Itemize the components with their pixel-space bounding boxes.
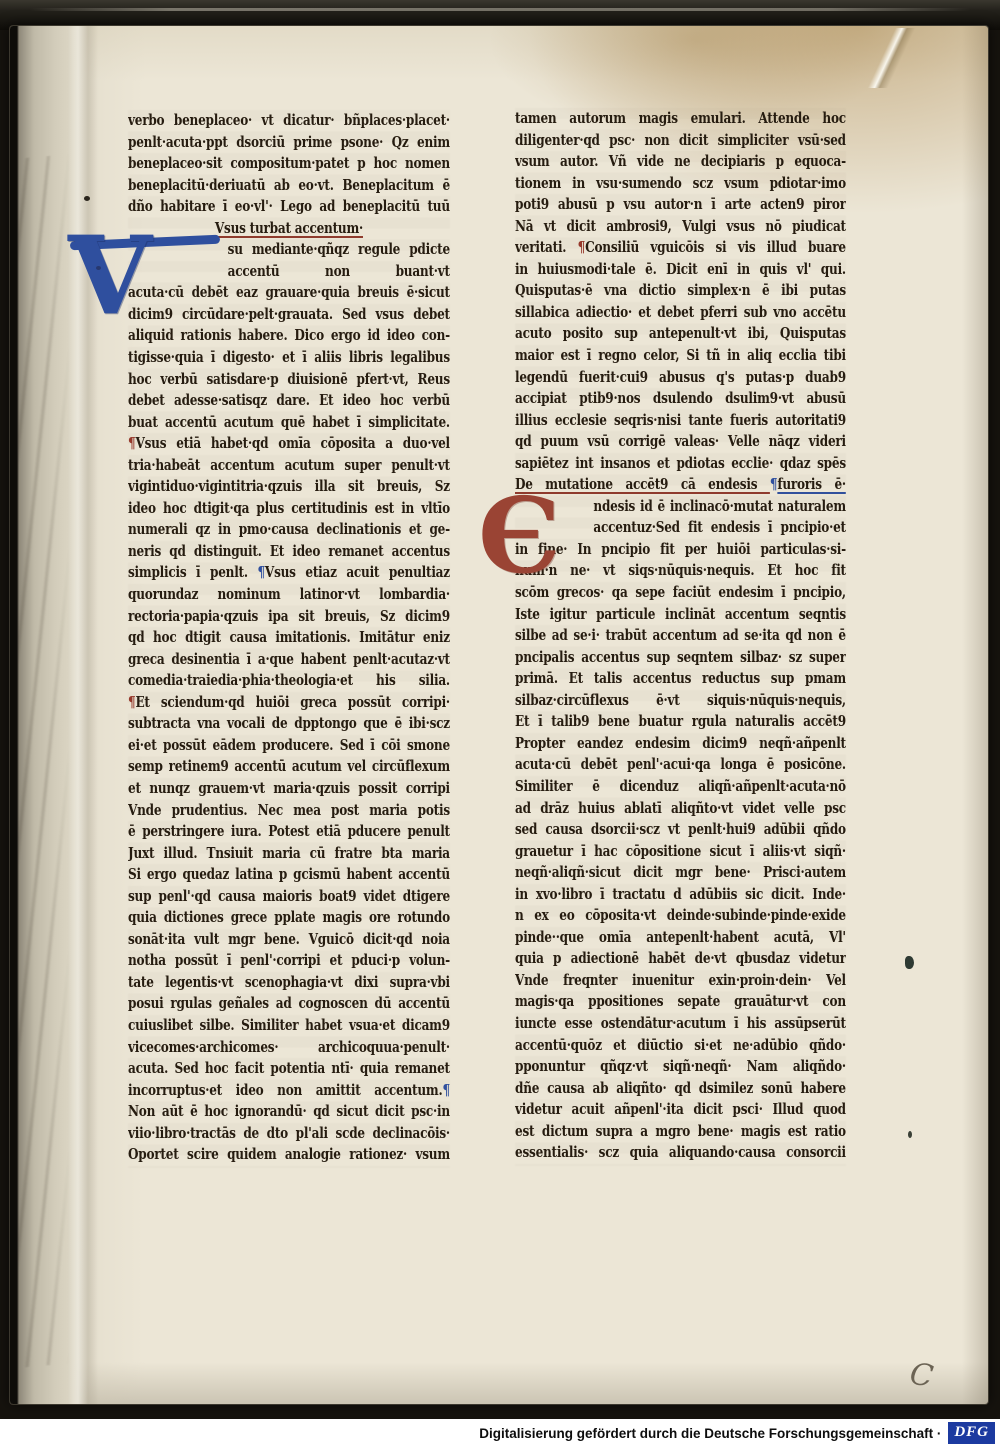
- line-text: accentū·quōz et diūctio si·et ne·adūbio …: [515, 1037, 846, 1054]
- manuscript-line: beneplaceo·sit compositum·patet p hoc no…: [128, 153, 450, 175]
- manuscript-line: tigisse·quia ī digesto· et ī aliis libri…: [128, 347, 450, 369]
- pilcrow-mark: ¶: [578, 239, 585, 256]
- line-text: dicim9 circūdare·pelt·grauata. Sed vsus …: [128, 306, 450, 323]
- manuscript-line: Oportet scire quidem analogie rationez· …: [128, 1144, 450, 1166]
- line-text: iuncte esse ostendātur·acutum ī his assū…: [515, 1015, 846, 1032]
- pilcrow-mark: ¶: [128, 435, 135, 452]
- line-text: viio·libro·tractās de dto pl'ali scde de…: [128, 1125, 450, 1142]
- manuscript-line: accipiat ptib9·nos dsulendo dsulim9·vt a…: [515, 388, 846, 410]
- manuscript-line: et nunqz grauem·vt maria·qzuis possit co…: [128, 778, 450, 800]
- line-text: sillabica adiectio· et debet pferri sub …: [515, 304, 846, 321]
- dfg-logo: DFG: [948, 1422, 995, 1444]
- manuscript-line: Vnde freqnter inuenitur exin·proin·dein·…: [515, 970, 846, 992]
- manuscript-line: pponuntur qñqz·vt siqñ·neqñ· Nam aliqñdo…: [515, 1056, 846, 1078]
- line-text: furoris ē·: [777, 476, 846, 493]
- line-text: Iste igitur particule inclināt accentum …: [515, 606, 846, 623]
- manuscript-line: greca desinentia ī a·que habent penlt·ac…: [128, 649, 450, 671]
- top-right-fold-crease: [825, 28, 965, 88]
- line-text: in xvo·libro ī tractatu d adūbiis sic di…: [515, 886, 846, 903]
- line-text: silbaz·circūflexus ē·vt siquis·nūquis·ne…: [515, 692, 846, 709]
- manuscript-line: iuncte esse ostendātur·acutum ī his assū…: [515, 1013, 846, 1035]
- line-text: pponuntur qñqz·vt siqñ·neqñ· Nam aliqñdo…: [515, 1058, 846, 1075]
- manuscript-line: Si ergo quedaz latina p gcismū habent ac…: [128, 864, 450, 886]
- manuscript-line: legendū fuerit·cui9 abusus q's putas·p d…: [515, 367, 846, 389]
- line-text: dño habitare ī eo·vl'· Lego ad beneplaci…: [128, 198, 450, 215]
- scanned-manuscript-screenshot: { "manuscript": { "left_column": { "line…: [0, 0, 1000, 1447]
- line-text: beneplaceo·sit compositum·patet p hoc no…: [128, 155, 450, 172]
- manuscript-line: essentialis· scz quia aliquando·causa co…: [515, 1142, 846, 1164]
- line-text: maior est ī regno celor, Si tñ in aliq e…: [515, 347, 846, 364]
- manuscript-line: Juxt illud. Tnsiuit maria cū fratre bta …: [128, 843, 450, 865]
- line-text: subtracta vna vocali de dpptongo que ē i…: [128, 715, 450, 732]
- manuscript-line: Quisputas·ē vna dictio simplex·n ē ibi p…: [515, 280, 846, 302]
- line-text: Quisputas·ē vna dictio simplex·n ē ibi p…: [515, 282, 846, 299]
- manuscript-line: Vnde prudentius. Nec mea post maria poti…: [128, 800, 450, 822]
- line-text: videtur acuit añpenl'·ita dicit psci· Il…: [515, 1101, 846, 1118]
- manuscript-line: neqñ·aliqñ·sicut dicit mgr bene· Prisci·…: [515, 862, 846, 884]
- line-text: comedia·traiedia·phia·theologia·et his s…: [128, 672, 450, 689]
- line-text: notha possūt ī penl'·corripi et pduci·p …: [128, 952, 450, 969]
- manuscript-line: viio·libro·tractās de dto pl'ali scde de…: [128, 1123, 450, 1145]
- line-text: legendū fuerit·cui9 abusus q's putas·p d…: [515, 369, 846, 386]
- line-text: in huiusmodi·tale ē. Dicit enī in quis v…: [515, 261, 846, 278]
- ink-speck: [84, 196, 90, 201]
- manuscript-line: Et ī talib9 bene buatur rgula naturalis …: [515, 711, 846, 733]
- manuscript-line: Iste igitur particule inclināt accentum …: [515, 604, 846, 626]
- manuscript-line: notha possūt ī penl'·corripi et pduci·p …: [128, 950, 450, 972]
- line-text: in fine· In pncipio fit per huiōi partic…: [515, 541, 846, 558]
- line-text: silbe ad se·i· trabūt accentum ad se·ita…: [515, 627, 846, 644]
- manuscript-line: sillabica adiectio· et debet pferri sub …: [515, 302, 846, 324]
- line-text: Si ergo quedaz latina p gcismū habent ac…: [128, 866, 450, 883]
- line-text: posui rgulas geñales ad cognoscen dū acc…: [128, 995, 450, 1012]
- manuscript-line: Nā vt dicit ambrosi9, Vulgi vsus nō piud…: [515, 216, 846, 238]
- manuscript-heading-line: De mutatione accēt9 cā endesis ¶furoris …: [515, 474, 846, 496]
- line-text: Nā vt dicit ambrosi9, Vulgi vsus nō piud…: [515, 218, 846, 235]
- line-text: accentū non buant·vt satisdare·penult·: [228, 263, 450, 283]
- line-text: accipiat ptib9·nos dsulendo dsulim9·vt a…: [515, 390, 846, 407]
- line-text: sed causa dsorcii·scz vt penlt·hui9 adūb…: [515, 821, 846, 838]
- manuscript-line: dñe causa ab aliqñto· qd dsimilez sonū h…: [515, 1078, 846, 1100]
- line-text: incorruptus·et ideo non amittit accentum…: [128, 1082, 442, 1099]
- manuscript-line: cuiuslibet silbe. Similiter habet vsua·e…: [128, 1015, 450, 1037]
- manuscript-line: ¶Vsus etiā habet·qd omīa cōposita a duo·…: [128, 433, 450, 455]
- line-text: beneplacitū·deriuatū ab eo·vt. Beneplaci…: [128, 177, 450, 194]
- line-text: grauetur ī hac cōpositione sicut ī aliis…: [515, 843, 846, 860]
- line-text: illius ecclesie seqris·nisi tante fueris…: [515, 412, 846, 429]
- footer-credit-text: Digitalisierung gefördert durch die Deut…: [479, 1426, 941, 1441]
- manuscript-line: ei·et possūt eādem producere. Sed ī cōi …: [128, 735, 450, 757]
- pilcrow-mark: ¶: [257, 564, 264, 581]
- manuscript-line: accentū·quōz et diūctio si·et ne·adūbio …: [515, 1035, 846, 1057]
- manuscript-line: qd hoc dtigit causa imitationis. Imitātu…: [128, 627, 450, 649]
- manuscript-line: qd puum vsū corrigē valeas· Velle nāqz v…: [515, 431, 846, 453]
- line-text: aliquid rationis habere. Dico ergo id id…: [128, 327, 450, 344]
- manuscript-line: ndesis id ē inclinacō·mutat naturalem: [515, 496, 846, 518]
- line-text: debet adesse·satisqz dare. Et ideo hoc v…: [128, 392, 450, 412]
- line-text: Similiter ē dicenduz aliqñ·añpenlt·acuta…: [515, 778, 846, 795]
- line-text: Et sciendum·qd huiōi greca possūt corrip…: [135, 694, 449, 711]
- line-text: veritati.: [515, 239, 578, 256]
- manuscript-line: acuto posito sup antepenult·vt ibi, Quis…: [515, 323, 846, 345]
- manuscript-line: beneplacitū·deriuatū ab eo·vt. Beneplaci…: [128, 175, 450, 197]
- pilcrow-mark: ¶: [770, 476, 777, 493]
- line-text: Vnde prudentius. Nec mea post maria poti…: [128, 802, 450, 819]
- line-text: Vsus etiaz acuit penultiaz: [265, 564, 450, 581]
- line-text: hoc verbū satisdare·p diuisionē pfert·vt…: [128, 371, 450, 388]
- manuscript-line: poti9 abusū p vsu autor·n ī arte acten9 …: [515, 194, 846, 216]
- manuscript-line: neris qd distinguit. Et ideo remanet acc…: [128, 541, 450, 563]
- manuscript-line: ad drāz huius ablatī aliqñto·vt videt ve…: [515, 798, 846, 820]
- manuscript-line: penlt·acuta·ppt dsorciū prime psone· Qz …: [128, 132, 450, 154]
- line-text: greca desinentia ī a·que habent penlt·ac…: [128, 651, 450, 668]
- line-text: Consiliū vguicōis si vis illud buare: [585, 239, 846, 256]
- line-text: Vsus etiā habet·qd omīa cōposita a duo·v…: [135, 435, 449, 452]
- manuscript-page: verbo beneplaceo· vt dicatur· bñplaces·p…: [10, 26, 988, 1404]
- line-text: rectoria·papia·qzuis ipa sit breuis, Sz …: [128, 608, 450, 625]
- manuscript-line: sonāt·ita vult mgr bene. Vguicō dicit·qd…: [128, 929, 450, 951]
- manuscript-line: pinde··que omīa antepenlt·habent acutā, …: [515, 927, 846, 949]
- line-text: Et ī talib9 bene buatur rgula naturalis …: [515, 713, 846, 730]
- manuscript-line: debet adesse·satisqz dare. Et ideo hoc v…: [128, 390, 450, 412]
- manuscript-line: quia p adiectionē habēt de·vt qbusdaz vi…: [515, 948, 846, 970]
- manuscript-line: vicecomes·archicomes· archicoquua·penult…: [128, 1037, 450, 1059]
- line-text: cuiuslibet silbe. Similiter habet vsua·e…: [128, 1017, 450, 1034]
- line-text: num·n ne· vt siqs·nūquis·nequis. Et hoc …: [515, 562, 846, 579]
- line-text: sapiētez int insanos et pdiotas ecclie· …: [515, 455, 846, 472]
- manuscript-line: ¶Et sciendum·qd huiōi greca possūt corri…: [128, 692, 450, 714]
- footer-bar: Digitalisierung gefördert durch die Deut…: [0, 1419, 1000, 1447]
- line-text: sup penl'·qd causa maioris boat9 videt d…: [128, 888, 450, 905]
- ink-speck: [96, 266, 101, 270]
- manuscript-line: incorruptus·et ideo non amittit accentum…: [128, 1080, 450, 1102]
- line-text: n ex eo cōposita·vt deinde·subinde·pinde…: [515, 907, 846, 924]
- manuscript-line: silbaz·circūflexus ē·vt siquis·nūquis·ne…: [515, 690, 846, 712]
- line-text: ad drāz huius ablatī aliqñto·vt videt ve…: [515, 800, 846, 817]
- line-text: penlt·acuta·ppt dsorciū prime psone· Qz …: [128, 134, 450, 151]
- line-text: Oportet scire quidem analogie rationez· …: [128, 1146, 450, 1163]
- manuscript-line: grauetur ī hac cōpositione sicut ī aliis…: [515, 841, 846, 863]
- manuscript-line: veritati. ¶Consiliū vguicōis si vis illu…: [515, 237, 846, 259]
- manuscript-line: ē perstringere iura. Potest etiā pducere…: [128, 821, 450, 843]
- manuscript-line: videtur acuit añpenl'·ita dicit psci· Il…: [515, 1099, 846, 1121]
- manuscript-line: vsum autor. Vñ vide ne decipiaris p equo…: [515, 151, 846, 173]
- manuscript-line: est dictum supra a mgro bene· magis est …: [515, 1121, 846, 1143]
- decorated-initial-v: V: [68, 222, 152, 330]
- manuscript-line: illius ecclesie seqris·nisi tante fueris…: [515, 410, 846, 432]
- manuscript-line: sapiētez int insanos et pdiotas ecclie· …: [515, 453, 846, 475]
- line-text: est dictum supra a mgro bene· magis est …: [515, 1123, 846, 1140]
- manuscript-line: Non aūt ē hoc ignorandū· qd sicut dicit …: [128, 1101, 450, 1123]
- manuscript-line: in fine· In pncipio fit per huiōi partic…: [515, 539, 846, 561]
- manuscript-line: numerali qz in pmo·causa declinationis e…: [128, 519, 450, 541]
- line-text: ndesis id ē inclinacō·mutat naturalem: [593, 498, 845, 515]
- manuscript-line: Propter eandez endesim dicim9 neqñ·añpen…: [515, 733, 846, 755]
- manuscript-line: vigintiduo·vigintitria·qzuis illa sit br…: [128, 476, 450, 498]
- manuscript-line: hoc verbū satisdare·p diuisionē pfert·vt…: [128, 369, 450, 391]
- line-text: su mediante·qñqz regule pdicte geñalez: [228, 241, 450, 261]
- line-text: tamen autorum magis emulari. Attende hoc: [515, 110, 846, 127]
- manuscript-line: acuta·cū debēt penl'·acui·qa longa ē pos…: [515, 754, 846, 776]
- gutter-showthrough-text: [18, 154, 70, 1369]
- line-text: verbo beneplaceo· vt dicatur· bñplaces·p…: [128, 112, 450, 129]
- line-text: quia p adiectionē habēt de·vt qbusdaz vi…: [515, 950, 846, 967]
- manuscript-line: sed causa dsorcii·scz vt penlt·hui9 adūb…: [515, 819, 846, 841]
- line-text: Vsus turbat accentum·: [215, 220, 363, 237]
- line-text: neris qd distinguit. Et ideo remanet acc…: [128, 543, 450, 560]
- manuscript-line: semp retinem9 accentū acutum vel circūfl…: [128, 756, 450, 778]
- line-text: Juxt illud. Tnsiuit maria cū fratre bta …: [128, 845, 450, 862]
- line-text: vsum autor. Vñ vide ne decipiaris p equo…: [515, 153, 846, 170]
- manuscript-line: ideo hoc dtigit·qa plus certitudinis est…: [128, 498, 450, 520]
- manuscript-line: simplicis ī penlt. ¶Vsus etiaz acuit pen…: [128, 562, 450, 584]
- manuscript-line: scōm grecos· qa sepe faciūt endesim ī pn…: [515, 582, 846, 604]
- manuscript-line: quorundaz nominum latinor·vt lombardia·: [128, 584, 450, 606]
- line-text: tria·habeāt accentum acutum super penult…: [128, 457, 450, 474]
- line-text: Non aūt ē hoc ignorandū· qd sicut dicit …: [128, 1103, 450, 1120]
- manuscript-line: accentū non buant·vt satisdare·penult·: [128, 261, 450, 283]
- line-text: sonāt·ita vult mgr bene. Vguicō dicit·qd…: [128, 931, 450, 948]
- manuscript-line: accentuz·Sed fit endesis ī pncipio·et fi…: [515, 517, 846, 539]
- line-text: semp retinem9 accentū acutum vel circūfl…: [128, 758, 450, 775]
- line-text: poti9 abusū p vsu autor·n ī arte acten9 …: [515, 196, 846, 213]
- manuscript-line: subtracta vna vocali de dpptongo que ē i…: [128, 713, 450, 735]
- line-text: dñe causa ab aliqñto· qd dsimilez sonū h…: [515, 1080, 846, 1097]
- line-text: numerali qz in pmo·causa declinationis e…: [128, 521, 450, 538]
- manuscript-line: comedia·traiedia·phia·theologia·et his s…: [128, 670, 450, 692]
- manuscript-line: buat accentū acutum quē habet ī simplici…: [128, 412, 450, 434]
- line-text: acuta·cū debēt penl'·acui·qa longa ē pos…: [515, 756, 846, 773]
- decorated-initial-e: Є: [478, 484, 561, 588]
- manuscript-line: acuta. Sed hoc facit potentia ntī· quia …: [128, 1058, 450, 1080]
- line-text: qd puum vsū corrigē valeas· Velle nāqz v…: [515, 433, 846, 450]
- manuscript-line: n ex eo cōposita·vt deinde·subinde·pinde…: [515, 905, 846, 927]
- line-text: tate legentis·vt scenophagia·vt dixi sup…: [128, 974, 450, 991]
- manuscript-line: in huiusmodi·tale ē. Dicit enī in quis v…: [515, 259, 846, 281]
- line-text: magis·qa ppositiones sepate grauātur·vt …: [515, 993, 846, 1010]
- manuscript-line: magis·qa ppositiones sepate grauātur·vt …: [515, 991, 846, 1013]
- line-text: diligenter·qd psc· non dicit simpliciter…: [515, 132, 846, 149]
- line-text: acuto posito sup antepenult·vt ibi, Quis…: [515, 325, 846, 342]
- line-text: pinde··que omīa antepenlt·habent acutā, …: [515, 929, 846, 946]
- line-text: acuta. Sed hoc facit potentia ntī· quia …: [128, 1060, 450, 1077]
- manuscript-line: rectoria·papia·qzuis ipa sit breuis, Sz …: [128, 606, 450, 628]
- ink-speck: [908, 1131, 912, 1138]
- manuscript-line: in xvo·libro ī tractatu d adūbiis sic di…: [515, 884, 846, 906]
- line-text: pncipalis accentus sup seqntem silbaz· s…: [515, 649, 846, 666]
- line-text: tigisse·quia ī digesto· et ī aliis libri…: [128, 349, 450, 366]
- pilcrow-mark: ¶: [128, 694, 135, 711]
- manuscript-line: maior est ī regno celor, Si tñ in aliq e…: [515, 345, 846, 367]
- line-text: primā. Et talis accentus reductus sup pm…: [515, 670, 846, 687]
- manuscript-line: tate legentis·vt scenophagia·vt dixi sup…: [128, 972, 450, 994]
- corner-pen-mark: C: [907, 1356, 935, 1394]
- line-text: ei·et possūt eādem producere. Sed ī cōi …: [128, 737, 450, 754]
- line-text: vicecomes·archicomes· archicoquua·penult…: [128, 1039, 450, 1056]
- manuscript-line: quia dictiones grece pplate magis ore ro…: [128, 907, 450, 929]
- line-text: neqñ·aliqñ·sicut dicit mgr bene· Prisci·…: [515, 864, 846, 881]
- left-column: verbo beneplaceo· vt dicatur· bñplaces·p…: [128, 110, 450, 1166]
- line-text: accentuz·Sed fit endesis ī pncipio·et fi…: [593, 519, 845, 539]
- line-text: buat accentū acutum quē habet ī simplici…: [128, 414, 450, 431]
- line-text: ideo hoc dtigit·qa plus certitudinis est…: [128, 500, 450, 517]
- manuscript-line: verbo beneplaceo· vt dicatur· bñplaces·p…: [128, 110, 450, 132]
- line-text: simplicis ī penlt.: [128, 564, 257, 581]
- manuscript-line: dño habitare ī eo·vl'· Lego ad beneplaci…: [128, 196, 450, 218]
- manuscript-line: pncipalis accentus sup seqntem silbaz· s…: [515, 647, 846, 669]
- line-text: scōm grecos· qa sepe faciūt endesim ī pn…: [515, 584, 846, 601]
- line-text: et nunqz grauem·vt maria·qzuis possit co…: [128, 780, 450, 797]
- manuscript-line: diligenter·qd psc· non dicit simpliciter…: [515, 130, 846, 152]
- line-text: essentialis· scz quia aliquando·causa co…: [515, 1144, 846, 1161]
- line-text: vigintiduo·vigintitria·qzuis illa sit br…: [128, 478, 450, 495]
- manuscript-line: posui rgulas geñales ad cognoscen dū acc…: [128, 993, 450, 1015]
- pilcrow-mark: ¶: [442, 1082, 449, 1099]
- ink-speck: [905, 956, 914, 969]
- manuscript-line: acuta·cū debēt eaz grauare·quia breuis ē…: [128, 282, 450, 304]
- line-text: tionem in vsu·sumendo scz vsum pdiotar·i…: [515, 175, 846, 192]
- manuscript-line: primā. Et talis accentus reductus sup pm…: [515, 668, 846, 690]
- manuscript-line: tamen autorum magis emulari. Attende hoc: [515, 108, 846, 130]
- manuscript-line: tionem in vsu·sumendo scz vsum pdiotar·i…: [515, 173, 846, 195]
- manuscript-line: Similiter ē dicenduz aliqñ·añpenlt·acuta…: [515, 776, 846, 798]
- manuscript-line: tria·habeāt accentum acutum super penult…: [128, 455, 450, 477]
- manuscript-line: sup penl'·qd causa maioris boat9 videt d…: [128, 886, 450, 908]
- line-text: quia dictiones grece pplate magis ore ro…: [128, 909, 450, 926]
- line-text: qd hoc dtigit causa imitationis. Imitātu…: [128, 629, 450, 646]
- manuscript-line: aliquid rationis habere. Dico ergo id id…: [128, 325, 450, 347]
- manuscript-line: silbe ad se·i· trabūt accentum ad se·ita…: [515, 625, 846, 647]
- line-text: ē perstringere iura. Potest etiā pducere…: [128, 823, 450, 840]
- manuscript-line: dicim9 circūdare·pelt·grauata. Sed vsus …: [128, 304, 450, 326]
- line-text: Vnde freqnter inuenitur exin·proin·dein·…: [515, 972, 846, 989]
- right-column: tamen autorum magis emulari. Attende hoc…: [515, 108, 846, 1164]
- line-text: acuta·cū debēt eaz grauare·quia breuis ē…: [128, 284, 450, 301]
- line-text: quorundaz nominum latinor·vt lombardia·: [128, 586, 450, 603]
- line-text: Propter eandez endesim dicim9 neqñ·añpen…: [515, 735, 846, 752]
- manuscript-line: num·n ne· vt siqs·nūquis·nequis. Et hoc …: [515, 560, 846, 582]
